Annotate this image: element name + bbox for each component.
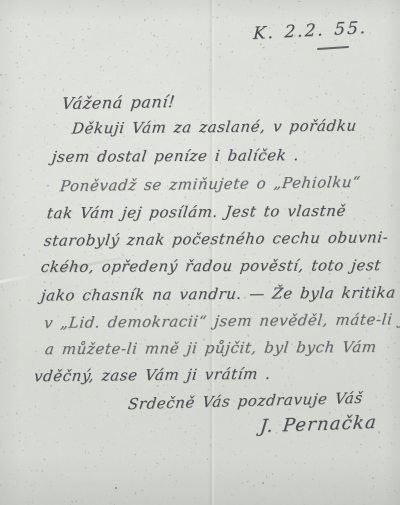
closing-line: Srdečně Vás pozdravuje Váš	[127, 389, 364, 413]
body-line: jako chasník na vandru. — Že byla kritik…	[40, 283, 397, 304]
paper-speck	[115, 487, 117, 489]
handwritten-letter-scan: K. 2.2. 55. Vážená paní! Děkuji Vám za z…	[0, 0, 400, 505]
date-underline	[317, 46, 349, 50]
body-line: a můžete-li mně ji půjčit, byl bych Vám	[44, 338, 378, 358]
body-line: vděčný, zase Vám ji vrátím .	[33, 365, 272, 386]
body-line: starobylý znak počestného cechu obuvni-	[43, 228, 389, 250]
letter-date: K. 2.2. 55.	[253, 18, 368, 44]
body-line: v „Lid. demokracii“ jsem nevěděl, máte-l…	[43, 310, 400, 332]
body-line: jsem dostal peníze i balíček .	[51, 146, 300, 166]
signature: J. Pernačka	[259, 412, 378, 437]
paper-speck	[262, 482, 264, 484]
vertical-fold-crease	[208, 0, 215, 505]
body-line: Děkuji Vám za zaslané, v pořádku	[71, 116, 358, 137]
paper-speck	[23, 254, 25, 256]
body-line: Poněvadž se zmiňujete o „Pehiolku“	[59, 173, 361, 195]
body-line: tak Vám jej posílám. Jest to vlastně	[46, 202, 347, 223]
body-line: ckého, opředený řadou pověstí, toto jest	[40, 256, 382, 276]
salutation: Vážená paní!	[61, 92, 176, 113]
